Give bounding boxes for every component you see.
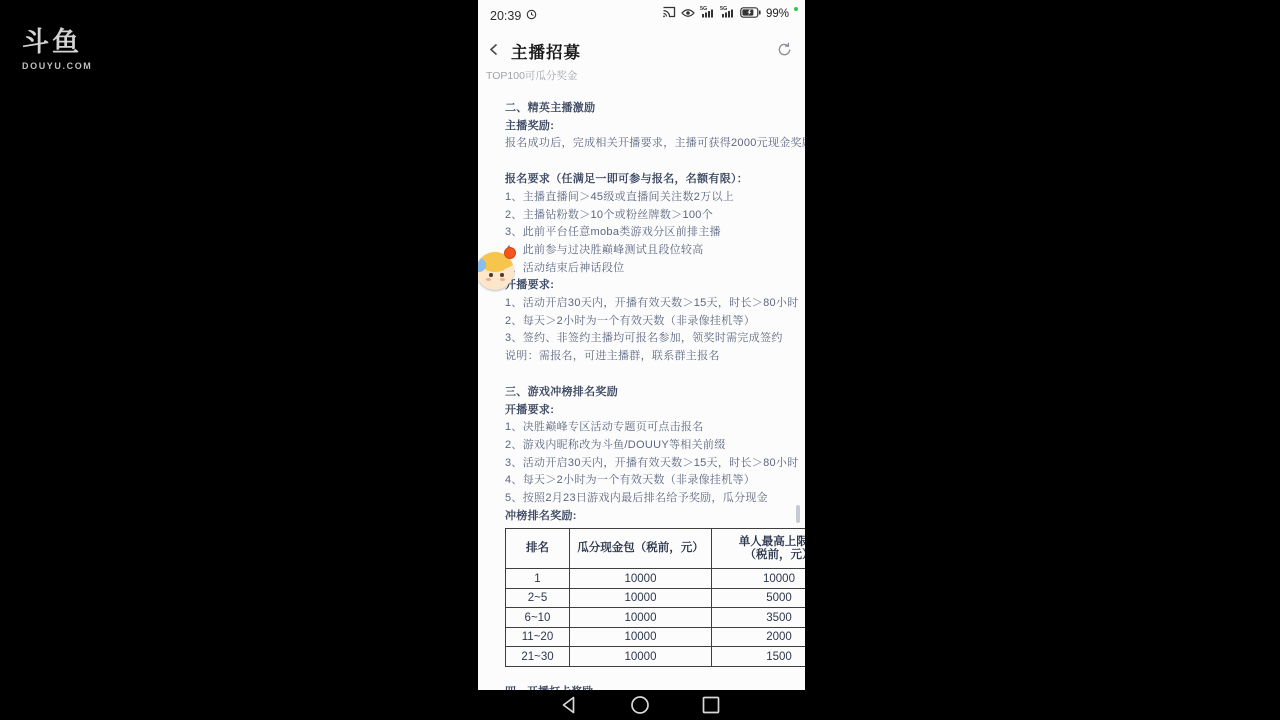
section4-heading-clipped: 四、开播打卡奖励 xyxy=(505,683,593,690)
ranking-item: 2、游戏内昵称改为斗鱼/DOUUY等相关前缀 xyxy=(505,437,805,455)
page-subtitle: TOP100可瓜分奖金 xyxy=(486,68,577,83)
phone-screenshot: 20:39 5G 5G 99% xyxy=(478,0,805,690)
signup-item: 5、活动结束后神话段位 xyxy=(505,260,805,278)
scrollbar-thumb[interactable] xyxy=(796,505,800,523)
broadcast-requirements-label: 开播要求: xyxy=(505,402,805,420)
note-line: 说明：需报名，可进主播群，联系群主报名 xyxy=(505,348,805,366)
broadcast-requirements-label: 开播要求: xyxy=(505,277,805,295)
section2-heading: 二、精英主播激励 xyxy=(505,100,805,118)
col-per-person-cap: 单人最高上限（ （税前，元） xyxy=(712,529,806,569)
reward-label: 主播奖励: xyxy=(505,118,805,136)
ranking-reward-label: 冲榜排名奖励: xyxy=(505,508,805,526)
alarm-clock-icon xyxy=(526,7,537,25)
douyu-watermark: 斗鱼 DOUYU.COM xyxy=(22,20,92,71)
signup-item: 2、主播钻粉数＞10个或粉丝牌数＞100个 xyxy=(505,207,805,225)
col-rank: 排名 xyxy=(506,529,570,569)
ranking-item: 1、决胜巅峰专区活动专题页可点击报名 xyxy=(505,419,805,437)
broadcast-item: 1、活动开启30天内，开播有效天数＞15天，时长＞80小时 xyxy=(505,295,805,313)
table-row: 1 10000 10000 xyxy=(506,569,806,589)
table-row: 2~5 10000 5000 xyxy=(506,588,806,608)
ranking-item: 3、活动开启30天内，开播有效天数＞15天，时长＞80小时 xyxy=(505,455,805,473)
article-content: 二、精英主播激励 主播奖励: 报名成功后，完成相关开播要求，主播可获得2000元… xyxy=(505,100,805,667)
android-home-icon[interactable] xyxy=(629,694,651,720)
reward-text: 报名成功后，完成相关开播要求，主播可获得2000元现金奖励 xyxy=(505,135,805,153)
signal-5g-icon: 5G xyxy=(700,5,715,23)
douyu-logo-cn: 斗鱼 xyxy=(22,20,92,59)
status-bar: 20:39 5G 5G 99% xyxy=(478,0,805,28)
svg-text:5G: 5G xyxy=(720,6,727,12)
android-recents-icon[interactable] xyxy=(700,694,722,720)
battery-charging-icon xyxy=(740,5,761,23)
cast-icon xyxy=(662,5,676,23)
page-title: 主播招募 xyxy=(511,39,581,63)
android-back-icon[interactable] xyxy=(558,694,580,720)
douyu-logo-en: DOUYU.COM xyxy=(22,61,92,71)
battery-percent: 99% xyxy=(766,8,789,20)
section3-heading: 三、游戏冲榜排名奖励 xyxy=(505,384,805,402)
broadcast-item: 2、每天＞2小时为一个有效天数（非录像挂机等） xyxy=(505,313,805,331)
signal-5g-icon: 5G xyxy=(720,5,735,23)
back-button[interactable] xyxy=(487,42,501,62)
ranking-item: 5、按照2月23日游戏内最后排名给予奖励，瓜分现金 xyxy=(505,490,805,508)
status-time: 20:39 xyxy=(490,9,521,23)
signup-item: 1、主播直播间＞45级或直播间关注数2万以上 xyxy=(505,189,805,207)
privacy-indicator-dot xyxy=(794,7,798,11)
desktop-background: { "watermark": { "cn": "斗鱼", "en": "DOUY… xyxy=(0,0,1280,720)
signup-item: 3、此前平台任意moba类游戏分区前排主播 xyxy=(505,224,805,242)
refresh-button[interactable] xyxy=(777,42,792,62)
signup-requirements-label: 报名要求（任满足一即可参与报名，名额有限）： xyxy=(505,171,805,189)
svg-text:5G: 5G xyxy=(700,6,707,12)
avatar-hat xyxy=(478,258,486,272)
eye-protection-icon xyxy=(681,5,695,23)
android-nav-bar xyxy=(478,690,805,720)
floating-assistant-avatar[interactable] xyxy=(478,252,514,290)
broadcast-item: 3、签约、非签约主播均可报名参加，领奖时需完成签约 xyxy=(505,330,805,348)
notification-badge xyxy=(504,247,516,259)
table-row: 6~10 10000 3500 xyxy=(506,608,806,628)
table-row: 11~20 10000 2000 xyxy=(506,627,806,647)
col-cash-pool: 瓜分现金包（税前，元） xyxy=(570,529,712,569)
signup-item: 4、此前参与过决胜巅峰测试且段位较高 xyxy=(505,242,805,260)
ranking-item: 4、每天＞2小时为一个有效天数（非录像挂机等） xyxy=(505,472,805,490)
table-row: 21~30 10000 1500 xyxy=(506,647,806,667)
table-header-row: 排名 瓜分现金包（税前，元） 单人最高上限（ （税前，元） xyxy=(506,529,806,569)
ranking-reward-table: 排名 瓜分现金包（税前，元） 单人最高上限（ （税前，元） 1 10000 10… xyxy=(505,528,805,667)
